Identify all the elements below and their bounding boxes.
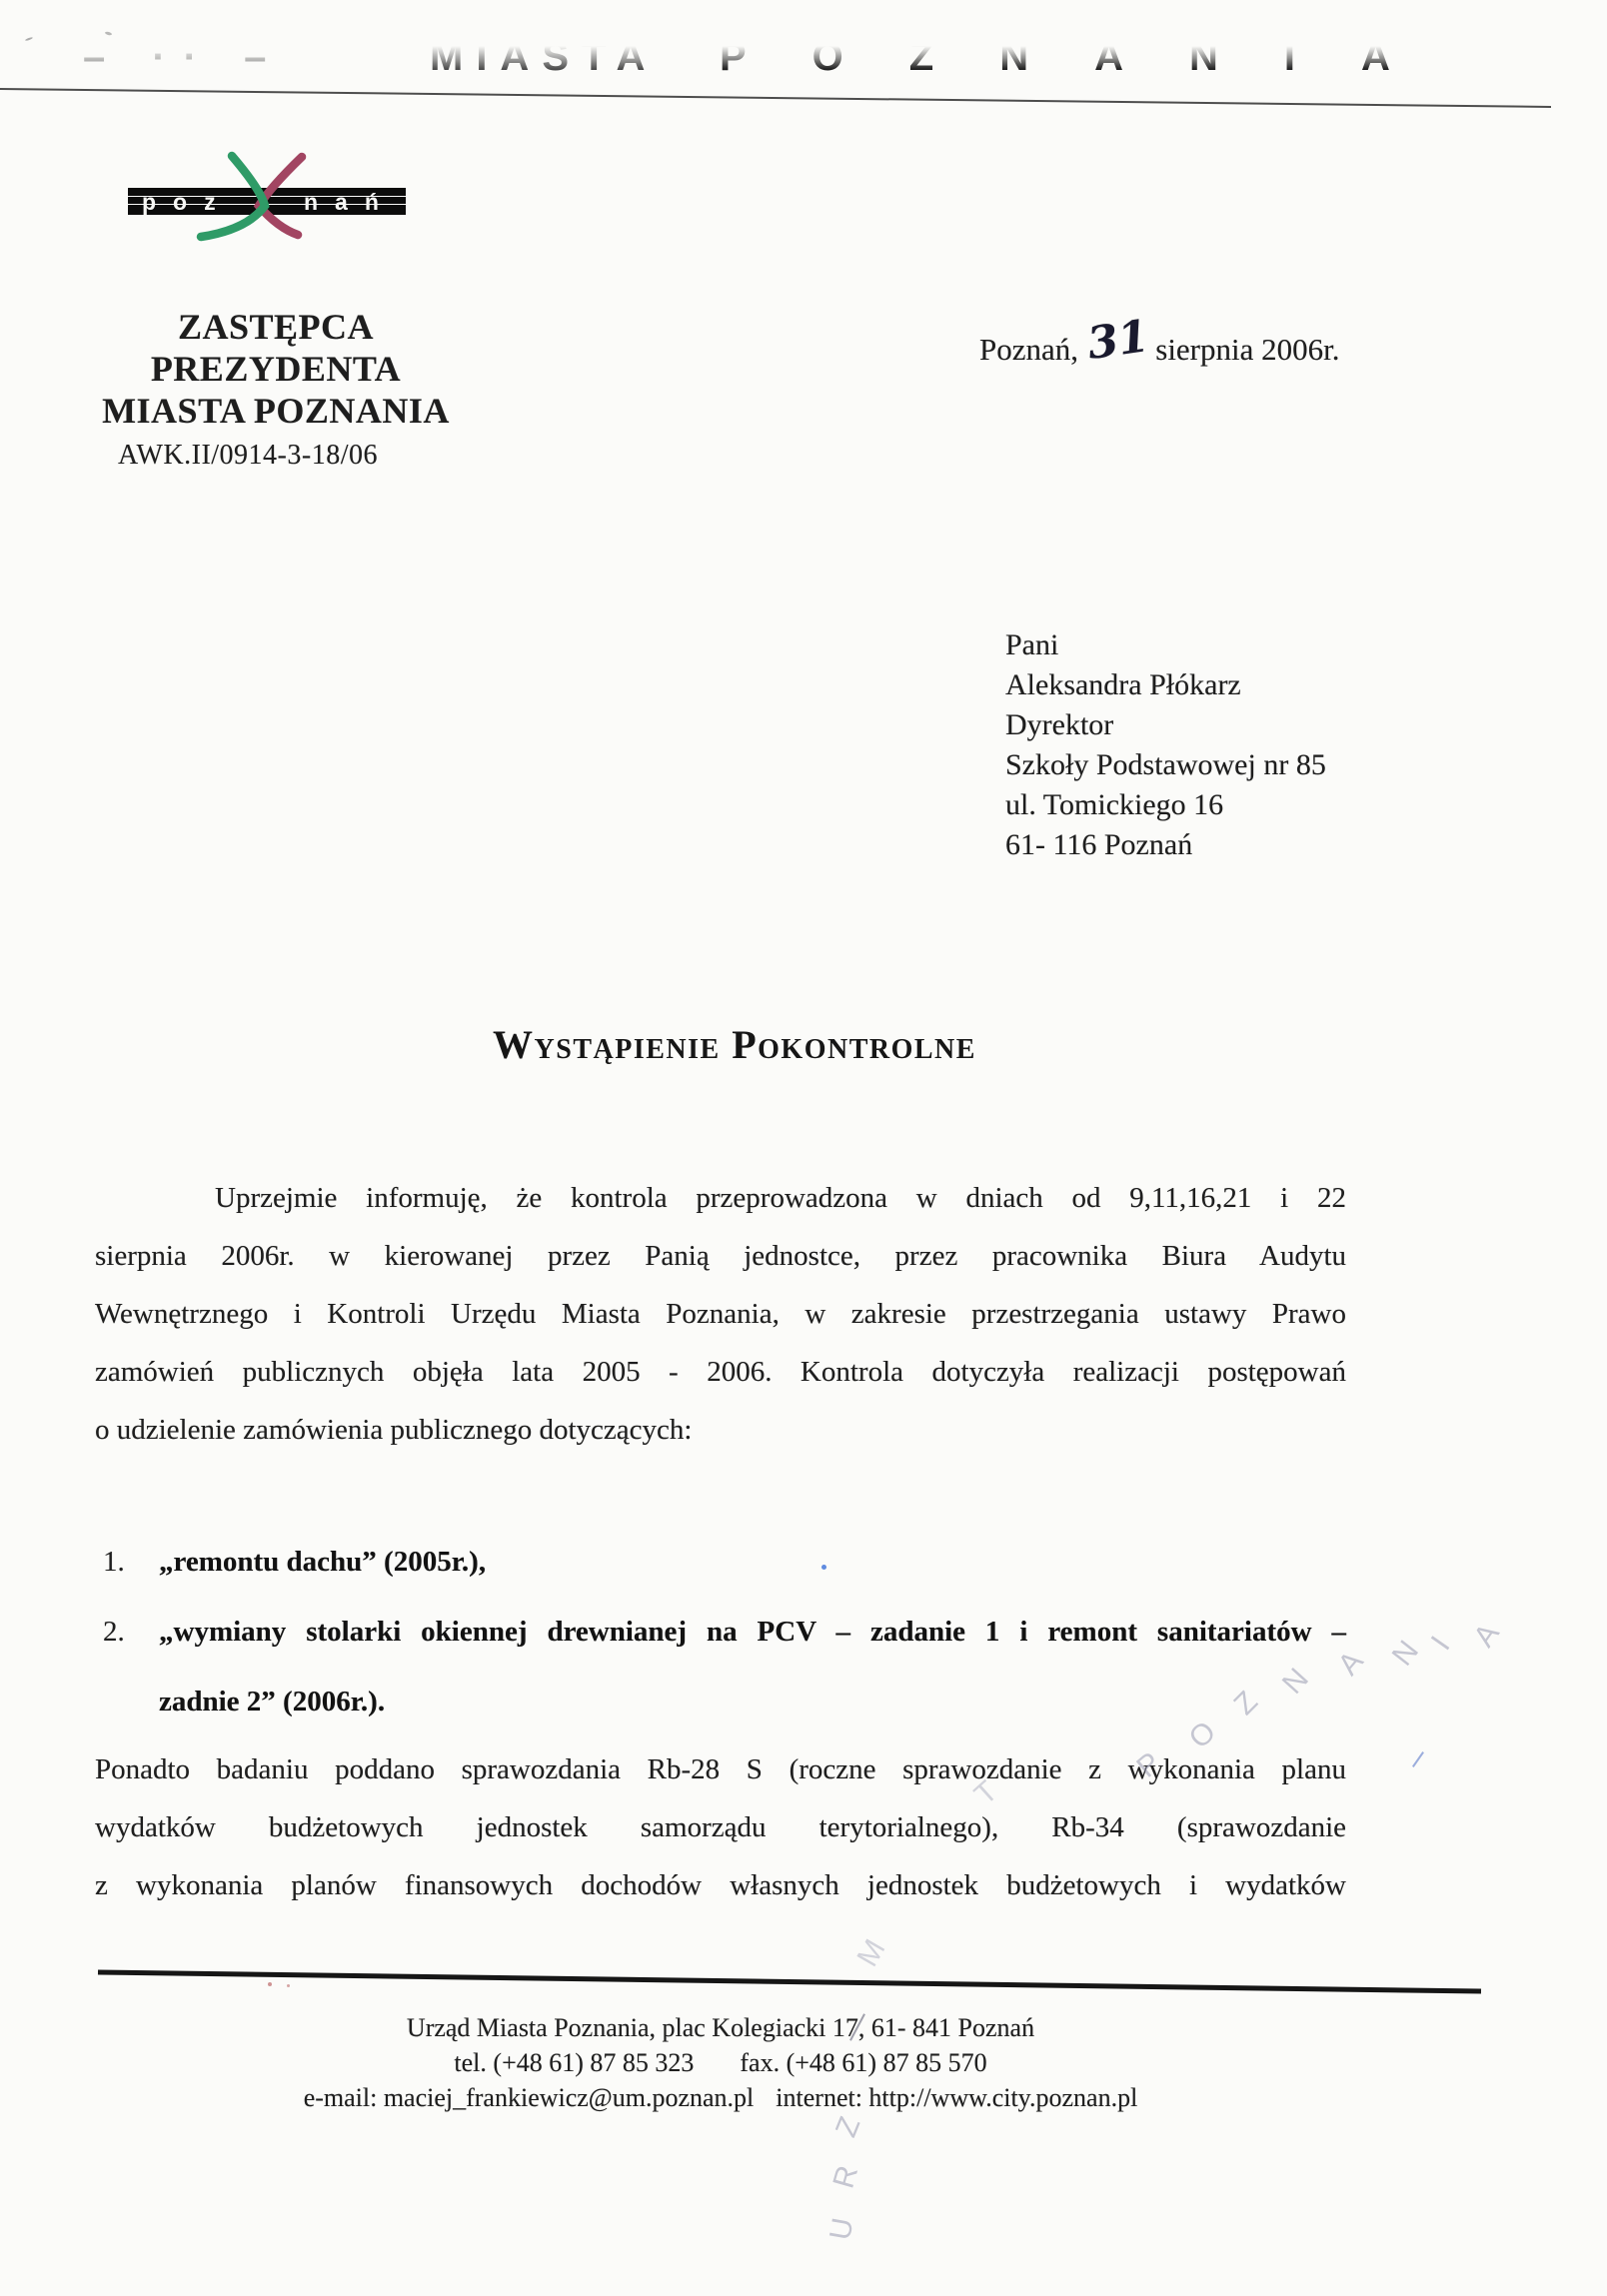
letterhead-strip: – ·· – MIASTA POZNANIA xyxy=(58,46,1557,80)
scan-speck xyxy=(105,31,113,36)
watermark-letter: Z xyxy=(829,2112,867,2142)
watermark-letter: I xyxy=(1425,1631,1458,1657)
body-line: Wewnętrznego i Kontroli Urzędu Miasta Po… xyxy=(95,1285,1346,1343)
letterhead-miasta: MIASTA xyxy=(430,46,658,80)
recipient-line: 61- 116 Poznań xyxy=(1005,825,1326,865)
sender-title-line2: MIASTA POZNANIA xyxy=(60,390,492,432)
dateline-city: Poznań, xyxy=(979,332,1078,367)
scan-speck xyxy=(287,1984,290,1987)
watermark-letter: U xyxy=(823,2215,860,2242)
audit-items-list: 1. „remontu dachu” (2005r.), 2. „wymiany… xyxy=(103,1527,1346,1736)
footer-address: Urząd Miasta Poznania, plac Kolegiacki 1… xyxy=(95,2010,1346,2045)
footer-internet: internet: http://www.city.poznan.pl xyxy=(776,2083,1137,2112)
dateline-rest: sierpnia 2006r. xyxy=(1155,332,1339,367)
watermark-letter: A xyxy=(1467,1618,1506,1654)
footer-web-line: e-mail: maciej_frankiewicz@um.poznan.pli… xyxy=(95,2080,1346,2115)
body-line: z wykonania planów finansowych dochodów … xyxy=(95,1856,1346,1914)
list-item-text: „remontu dachu” (2005r.), xyxy=(159,1527,1346,1597)
footer-email: e-mail: maciej_frankiewicz@um.poznan.pl xyxy=(304,2083,755,2112)
recipient-line: Aleksandra Płókarz xyxy=(1005,665,1326,705)
footer-phone-line: tel. (+48 61) 87 85 323fax. (+48 61) 87 … xyxy=(95,2045,1346,2080)
logo-ribbons-icon xyxy=(185,146,315,246)
watermark-letter: M xyxy=(851,1934,893,1973)
watermark-letter: R xyxy=(827,2162,866,2192)
scan-speck xyxy=(268,1982,272,1986)
list-item-number: 1. xyxy=(103,1527,159,1597)
letterhead-poznania: POZNANIA xyxy=(720,46,1456,80)
list-item-number: 2. xyxy=(103,1597,159,1736)
list-item: 1. „remontu dachu” (2005r.), xyxy=(103,1527,1346,1597)
recipient-line: Pani xyxy=(1005,625,1326,665)
list-item: 2. „wymiany stolarki okiennej drewnianej… xyxy=(103,1597,1346,1736)
scanned-letter-page: – ·· – MIASTA POZNANIA poz nań ZASTĘPCA … xyxy=(0,0,1607,2296)
watermark-letter: N xyxy=(1386,1635,1426,1673)
document-title: Wystąpienie Pokontrolne xyxy=(95,1021,1346,1068)
reference-number: AWK.II/0914-3-18/06 xyxy=(60,440,492,472)
scan-speck xyxy=(1412,1751,1424,1767)
footer-contact-block: Urząd Miasta Poznania, plac Kolegiacki 1… xyxy=(95,2010,1346,2115)
recipient-line: Dyrektor xyxy=(1005,705,1326,745)
body-line: sierpnia 2006r. w kierowanej przez Panią… xyxy=(95,1227,1346,1285)
recipient-block: Pani Aleksandra Płókarz Dyrektor Szkoły … xyxy=(1005,625,1326,865)
letterhead-fragment: – ·· – xyxy=(83,46,284,80)
body-line: wydatków budżetowych jednostek samorządu… xyxy=(95,1798,1346,1856)
sender-title-line1: ZASTĘPCA PREZYDENTA xyxy=(60,306,492,390)
body-line: o udzielenie zamówienia publicznego doty… xyxy=(95,1401,1346,1459)
recipient-line: ul. Tomickiego 16 xyxy=(1005,785,1326,825)
sender-block: ZASTĘPCA PREZYDENTA MIASTA POZNANIA AWK.… xyxy=(60,306,492,472)
scan-speck xyxy=(25,37,33,42)
scan-speck xyxy=(821,1565,826,1570)
footer-tel: tel. (+48 61) 87 85 323 xyxy=(454,2048,694,2077)
paragraph-1: Uprzejmie informuję, że kontrola przepro… xyxy=(95,1169,1346,1459)
recipient-line: Szkoły Podstawowej nr 85 xyxy=(1005,745,1326,785)
list-item-text: „wymiany stolarki okiennej drewnianej na… xyxy=(159,1597,1346,1667)
footer-fax: fax. (+48 61) 87 85 570 xyxy=(740,2048,986,2077)
list-item-text: zadnie 2” (2006r.). xyxy=(159,1667,1346,1736)
logo-text-right: nań xyxy=(304,189,396,216)
body-line: Uprzejmie informuję, że kontrola przepro… xyxy=(95,1169,1346,1227)
dateline: Poznań,31sierpnia 2006r. xyxy=(979,320,1340,371)
body-line: zamówień publicznych objęła lata 2005 - … xyxy=(95,1343,1346,1401)
handwritten-day: 31 xyxy=(1084,311,1152,370)
